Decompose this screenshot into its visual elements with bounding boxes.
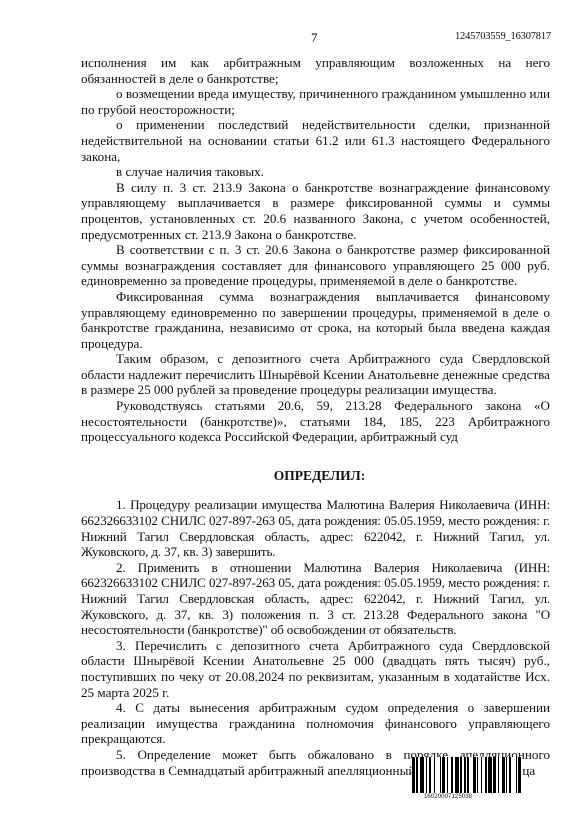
page-number: 7 (311, 30, 318, 46)
ruling-item: 1. Процедуру реализации имущества Малюти… (81, 497, 550, 559)
paragraph: В силу п. 3 ст. 213.9 Закона о банкротст… (81, 180, 550, 242)
paragraph: о возмещении вреда имуществу, причиненно… (81, 86, 550, 117)
paragraph: о применении последствий недействительно… (81, 117, 550, 164)
barcode-number: 16020007125038 (424, 794, 472, 800)
paragraph: В соответствии с п. 3 ст. 20.6 Закона о … (81, 242, 550, 289)
document-body: исполнения им как арбитражным управляющи… (81, 55, 550, 778)
paragraph: Фиксированная сумма вознаграждения выпла… (81, 289, 550, 351)
paragraph: в случае наличия таковых. (81, 164, 550, 180)
ruling-item: 4. С даты вынесения арбитражным судом оп… (81, 700, 550, 747)
barcode-icon (412, 757, 523, 793)
paragraph: Таким образом, с депозитного счета Арбит… (81, 351, 550, 398)
reasoning-section: исполнения им как арбитражным управляющи… (81, 55, 550, 445)
ruling-section: 1. Процедуру реализации имущества Малюти… (81, 497, 550, 778)
document-id: 1245703559_16307817 (455, 31, 551, 42)
ruling-heading: ОПРЕДЕЛИЛ: (81, 468, 550, 484)
ruling-item: 2. Применить в отношении Малютина Валери… (81, 560, 550, 638)
paragraph: исполнения им как арбитражным управляющи… (81, 55, 550, 86)
paragraph: Руководствуясь статьями 20.6, 59, 213.28… (81, 398, 550, 445)
ruling-item: 3. Перечислить с депозитного счета Арбит… (81, 638, 550, 700)
